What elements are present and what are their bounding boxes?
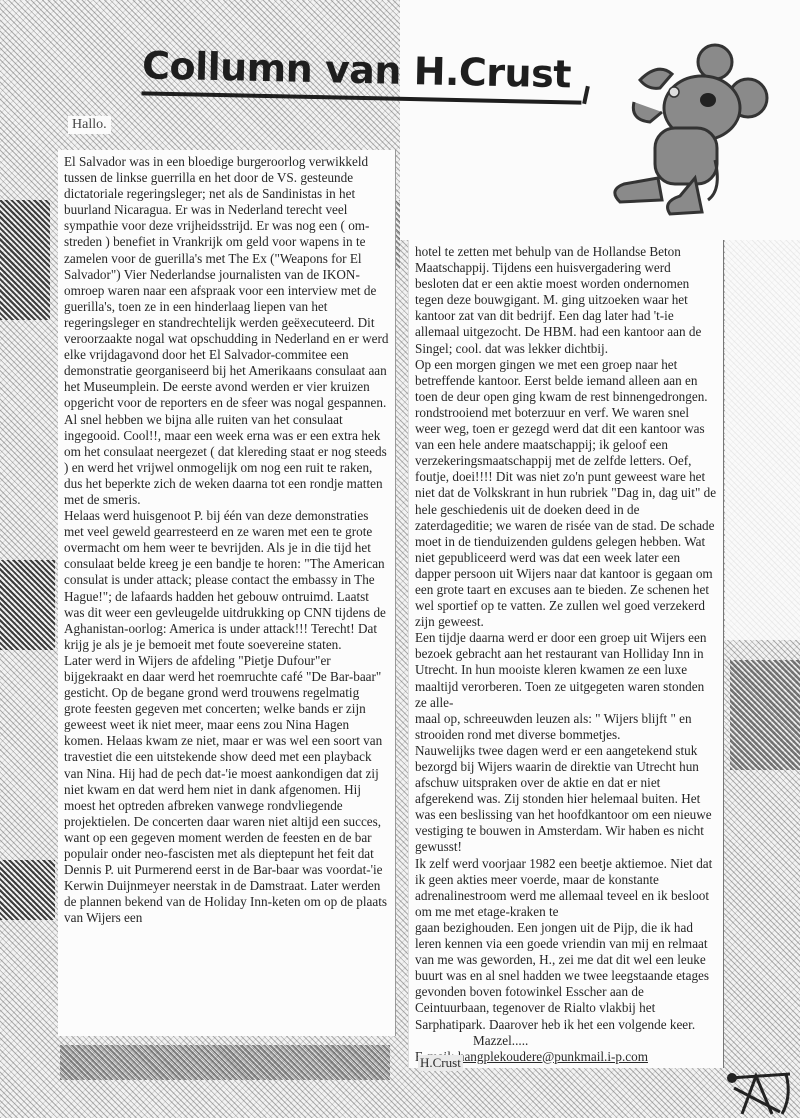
background-blot: [730, 660, 800, 770]
greeting: Hallo.: [68, 116, 111, 134]
page-title: Collumn van H.Crust: [141, 41, 582, 104]
paragraph: Een tijdje daarna werd er door een groep…: [415, 630, 717, 710]
paragraph: El Salvador was in een bloedige burgeroo…: [64, 154, 389, 508]
closing-text: Mazzel.....: [473, 1033, 528, 1048]
paragraph: Op een morgen gingen we met een groep na…: [415, 357, 717, 631]
background-blot: [60, 1045, 390, 1080]
email-link[interactable]: hangplekoudere@punkmail.i-p.com: [458, 1049, 648, 1064]
paragraph: Nauwelijks twee dagen werd er een aanget…: [415, 743, 717, 856]
right-margin: [725, 240, 800, 640]
background-blot: [0, 560, 55, 650]
background-blot: [0, 200, 50, 320]
paragraph: Later werd in Wijers de afdeling "Pietje…: [64, 653, 389, 927]
paragraph-final: gaan bezighouden. Een jongen uit de Pijp…: [415, 920, 717, 1049]
paragraph-text: gaan bezighouden. Een jongen uit de Pijp…: [415, 920, 709, 1032]
paragraph: hotel te zetten met behulp van de Hollan…: [415, 244, 717, 357]
author-signature: H.Crust: [418, 1055, 463, 1071]
paragraph: Ik zelf werd voorjaar 1982 een beetje ak…: [415, 856, 717, 920]
background-blot: [0, 860, 55, 920]
article-column-right: hotel te zetten met behulp van de Hollan…: [408, 240, 724, 1068]
paragraph: Helaas werd huisgenoot P. bij één van de…: [64, 508, 389, 653]
anarchy-scrawl-icon: [720, 1066, 796, 1116]
article-column-left: El Salvador was in een bloedige burgeroo…: [58, 150, 396, 1036]
paragraph: maal op, schreeuwden leuzen als: " Wijer…: [415, 711, 717, 743]
cartoon-mouse-icon: [600, 40, 770, 220]
